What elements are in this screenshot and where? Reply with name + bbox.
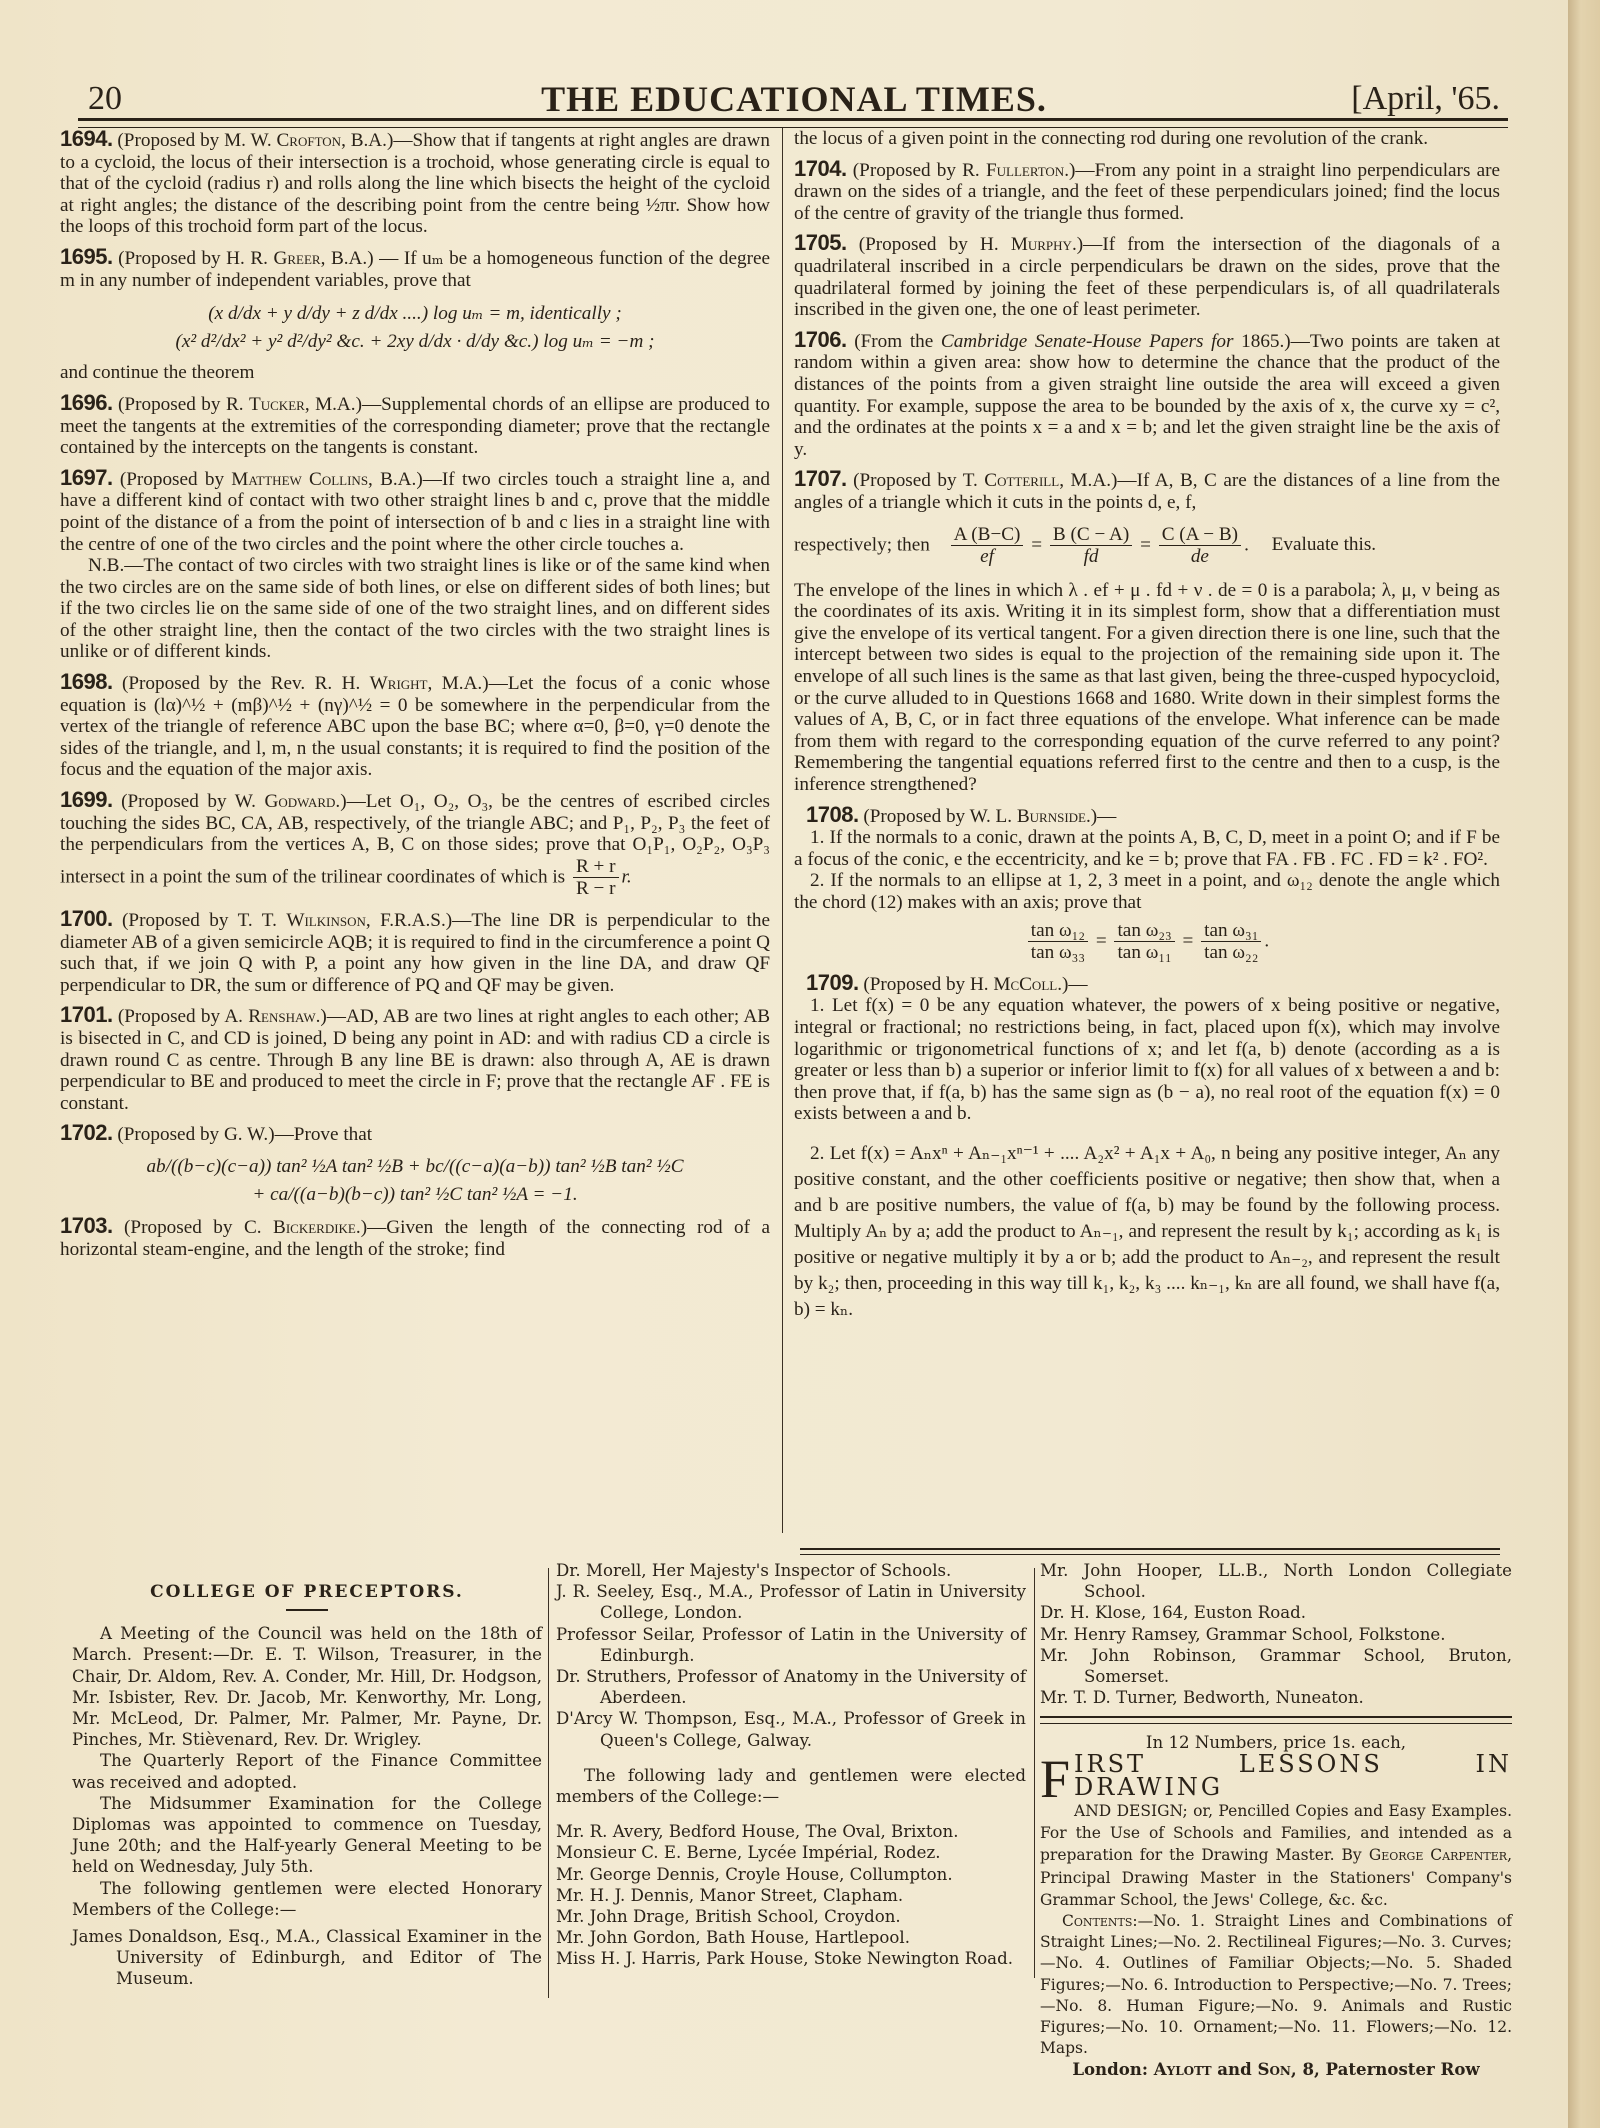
question-1703: 1703. (Proposed by C. Bickerdike.)—Given… <box>60 1215 770 1260</box>
binding-edge <box>1568 0 1600 2128</box>
issue-date: [April, '65. <box>1351 80 1500 118</box>
masthead-rule <box>78 118 1508 128</box>
column-divider <box>1034 1568 1035 1978</box>
college-column-2: Dr. Morell, Her Majesty's Inspector of S… <box>556 1560 1026 1970</box>
member-entry: Mr. R. Avery, Bedford House, The Oval, B… <box>556 1821 1026 1842</box>
questions-column-right: the locus of a given point in the connec… <box>794 128 1500 1331</box>
member-entry: Mr. H. J. Dennis, Manor Street, Clapham. <box>556 1885 1026 1906</box>
member-entry: Dr. Struthers, Professor of Anatomy in t… <box>556 1666 1026 1708</box>
member-entry: D'Arcy W. Thompson, Esq., M.A., Professo… <box>556 1708 1026 1750</box>
section-heading: COLLEGE OF PRECEPTORS. <box>72 1582 542 1603</box>
advert-title: IRST LESSONS IN DRAWING <box>1074 1750 1512 1801</box>
drop-cap: F <box>1040 1756 1070 1802</box>
question-1701: 1701. (Proposed by A. Renshaw.)—AD, AB a… <box>60 1004 770 1114</box>
member-entry: Mr. John Hooper, LL.B., North London Col… <box>1040 1560 1512 1602</box>
member-entry: Dr. Morell, Her Majesty's Inspector of S… <box>556 1560 1026 1581</box>
advert-rule <box>1040 1716 1512 1724</box>
member-entry: Mr. John Gordon, Bath House, Hartlepool. <box>556 1927 1026 1948</box>
question-1704: 1704. (Proposed by R. Fullerton.)—From a… <box>794 158 1500 225</box>
member-entry: J. R. Seeley, Esq., M.A., Professor of L… <box>556 1581 1026 1623</box>
note: N.B.—The contact of two circles with two… <box>60 555 770 663</box>
question-1697: 1697. (Proposed by Matthew Collins, B.A.… <box>60 467 770 663</box>
questions-column-left: 1694. (Proposed by M. W. Crofton, B.A.)—… <box>60 128 770 1268</box>
member-entry: Dr. H. Klose, 164, Euston Road. <box>1040 1602 1512 1623</box>
equation: respectively; then A (B−C)ef = B (C − A)… <box>794 524 1500 568</box>
member-entry: Professor Seilar, Professor of Latin in … <box>556 1624 1026 1666</box>
fraction: R + rR − r <box>573 856 619 900</box>
equation: ab/((b−c)(c−a)) tan² ½A tan² ½B + bc/((c… <box>60 1156 770 1178</box>
question-1706: 1706. (From the Cambridge Senate-House P… <box>794 329 1500 461</box>
publisher-line: London: Aylott and Son, 8, Paternoster R… <box>1040 2059 1512 2080</box>
question-1709: 1709. (Proposed by H. McColl.)— 1. Let f… <box>794 972 1500 1323</box>
member-entry: Miss H. J. Harris, Park House, Stoke New… <box>556 1948 1026 1969</box>
question-1696: 1696. (Proposed by R. Tucker, M.A.)—Supp… <box>60 392 770 459</box>
equation: + ca/((a−b)(b−c)) tan² ½C tan² ½A = −1. <box>60 1184 770 1206</box>
column-divider <box>782 128 783 1533</box>
question-1702: 1702. (Proposed by G. W.)—Prove that ab/… <box>60 1122 770 1205</box>
member-entry: Mr. T. D. Turner, Bedworth, Nuneaton. <box>1040 1687 1512 1708</box>
question-1703-continued: the locus of a given point in the connec… <box>794 128 1500 150</box>
publication-title: THE EDUCATIONAL TIMES. <box>88 78 1500 120</box>
column-divider <box>548 1568 549 1998</box>
question-1698: 1698. (Proposed by the Rev. R. H. Wright… <box>60 671 770 781</box>
member-entry: Monsieur C. E. Berne, Lycée Impérial, Ro… <box>556 1842 1026 1863</box>
member-entry: Mr. George Dennis, Croyle House, Collump… <box>556 1864 1026 1885</box>
question-1700: 1700. (Proposed by T. T. Wilkinson, F.R.… <box>60 908 770 996</box>
member-entry: James Donaldson, Esq., M.A., Classical E… <box>72 1926 542 1990</box>
question-1705: 1705. (Proposed by H. Murphy.)—If from t… <box>794 232 1500 320</box>
equation: tan ω₁₂tan ω₃₃ = tan ω₂₃tan ω₁₁ = tan ω₃… <box>794 920 1500 964</box>
section-rule <box>800 1548 1500 1555</box>
question-1695: 1695. (Proposed by H. R. Greer, B.A.) — … <box>60 246 770 384</box>
short-rule <box>286 1609 328 1611</box>
question-1707: 1707. (Proposed by T. Cotterill, M.A.)—I… <box>794 468 1500 795</box>
advertisement: F IRST LESSONS IN DRAWING AND DESIGN; or… <box>1040 1754 1512 2081</box>
college-column-3: Mr. John Hooper, LL.B., North London Col… <box>1040 1560 1512 2081</box>
member-entry: Mr. John Robinson, Grammar School, Bruto… <box>1040 1645 1512 1687</box>
question-1694: 1694. (Proposed by M. W. Crofton, B.A.)—… <box>60 128 770 238</box>
member-entry: Mr. Henry Ramsey, Grammar School, Folkst… <box>1040 1624 1512 1645</box>
equation: (x d/dx + y d/dy + z d/dx ....) log uₘ =… <box>60 303 770 325</box>
question-1699: 1699. (Proposed by W. Godward.)—Let O₁, … <box>60 789 770 900</box>
member-entry: Mr. John Drage, British School, Croydon. <box>556 1906 1026 1927</box>
question-1708: 1708. (Proposed by W. L. Burnside.)— 1. … <box>794 804 1500 964</box>
newspaper-page: 20 THE EDUCATIONAL TIMES. [April, '65. 1… <box>0 0 1570 2128</box>
equation: (x² d²/dx² + y² d²/dy² &c. + 2xy d/dx · … <box>60 331 770 353</box>
college-column-1: COLLEGE OF PRECEPTORS. A Meeting of the … <box>72 1560 542 1990</box>
